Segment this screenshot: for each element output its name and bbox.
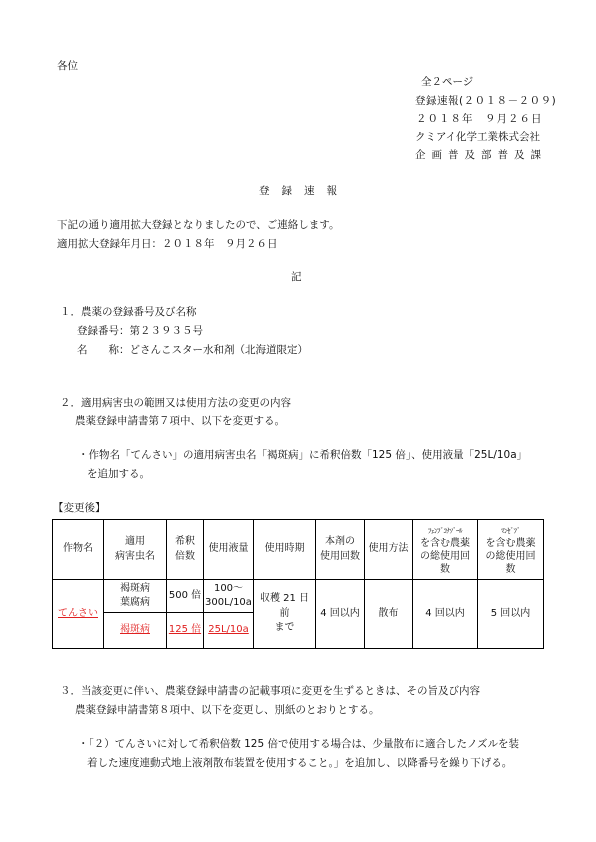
- header-dilution: 希釈倍数: [167, 520, 204, 580]
- header-mancozeb-total: ﾏﾝｾﾞﾌﾞを含む農薬の総使用回数: [478, 520, 544, 580]
- cell-volume-a: 100～300L/10a: [204, 580, 254, 613]
- product-name: 名 称：どさんこスター水和剤（北海道限定）: [77, 345, 308, 356]
- addressee: 各位: [57, 61, 78, 72]
- cell-pest-a: 褐斑病葉腐病: [104, 580, 167, 613]
- header-pest: 適用病害虫名: [104, 520, 167, 580]
- cell-crop: てんさい: [53, 580, 104, 649]
- section-2-bullet-line-2: を追加する。: [87, 469, 150, 480]
- cell-volume-b: 25L/10a: [204, 613, 254, 649]
- doc-number: 登録速報(２０１８－２０９): [415, 96, 556, 107]
- department-name: 企画普及部普及課: [415, 150, 547, 161]
- cell-usage-count: 4 回以内: [316, 580, 365, 649]
- registration-number: 登録番号：第２３９３５号: [77, 326, 203, 337]
- header-usage-count: 本剤の使用回数: [316, 520, 365, 580]
- cell-timing: 収穫 21 日前まで: [254, 580, 316, 649]
- section-2-heading: ２．適用病害虫の範囲又は使用方法の変更の内容: [60, 398, 291, 409]
- table-header-row: 作物名 適用病害虫名 希釈倍数 使用液量 使用時期 本剤の使用回数 使用方法 ﾌ…: [53, 520, 544, 580]
- cell-pest-b: 褐斑病: [104, 613, 167, 649]
- section-2-bullet-line-1: ・作物名「てんさい」の適用病害虫名「褐斑病」に希釈倍数「125 倍」、使用液量「…: [78, 450, 527, 461]
- section-3-bullet-line-1: ・「２）てんさいに対して希釈倍数 125 倍で使用する場合は、少量散布に適合した…: [78, 739, 519, 750]
- page-count: 全２ページ: [421, 77, 473, 88]
- header-volume: 使用液量: [204, 520, 254, 580]
- section-1-heading: １．農薬の登録番号及び名称: [60, 307, 197, 318]
- registration-table: 作物名 適用病害虫名 希釈倍数 使用液量 使用時期 本剤の使用回数 使用方法 ﾌ…: [52, 519, 544, 649]
- header-crop: 作物名: [53, 520, 104, 580]
- document-title: 登録速報: [259, 186, 349, 197]
- table-caption: 【変更後】: [53, 503, 106, 514]
- header-fenbuconazole-total: ﾌｪﾝﾌﾞｺﾅｿﾞｰﾙを含む農薬の総使用回数: [413, 520, 478, 580]
- ki-heading: 記: [291, 272, 302, 283]
- section-3-heading: ３．当該変更に伴い、農薬登録申請書の記載事項に変更を生ずるときは、その旨及び内容: [60, 686, 480, 697]
- header-timing: 使用時期: [254, 520, 316, 580]
- intro-line-1: 下記の通り適用拡大登録となりましたので、ご連絡します。: [57, 220, 339, 231]
- cell-mancozeb-total: 5 回以内: [478, 580, 544, 649]
- cell-fenbuconazole-total: 4 回以内: [413, 580, 478, 649]
- section-3-bullet-line-2: 着した速度連動式地上液剤散布装置を使用すること。」を追加し、以降番号を繰り下げる…: [87, 758, 512, 769]
- company-name: クミアイ化学工業株式会社: [415, 132, 540, 143]
- section-2-subline: 農薬登録申請書第７項中、以下を変更する。: [75, 416, 285, 427]
- cell-method: 散布: [365, 580, 413, 649]
- header-method: 使用方法: [365, 520, 413, 580]
- section-3-subline: 農薬登録申請書第８項中、以下を変更し、別紙のとおりとする。: [75, 705, 380, 716]
- cell-dilution-a: 500 倍: [167, 580, 204, 613]
- intro-line-2: 適用拡大登録年月日：２０１８年 ９月２６日: [57, 239, 278, 250]
- issue-date: ２０１８年 ９月２６日: [416, 114, 543, 125]
- table-row: てんさい 褐斑病葉腐病 500 倍 100～300L/10a 収穫 21 日前ま…: [53, 580, 544, 613]
- cell-dilution-b: 125 倍: [167, 613, 204, 649]
